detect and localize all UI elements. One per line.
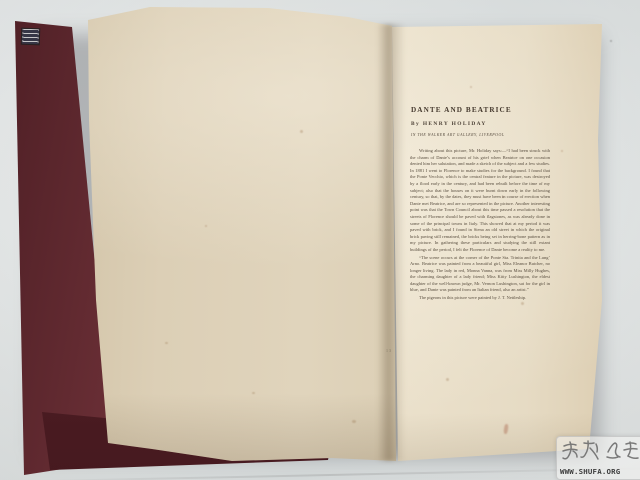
foxing-spot [205,225,207,227]
library-label [21,28,41,46]
author-byline: By HENRY HOLIDAY [411,121,550,127]
foxing-spot [561,150,563,152]
paragraph-3: The pigeons in this picture were painted… [410,295,550,302]
foxing-spot [252,392,255,394]
shufa-calligraphy-logo [560,438,640,467]
shufa-watermark: WWW.SHUFA.ORG [556,436,640,480]
foxing-spot [300,130,303,133]
printed-text-block: DANTE AND BEATRICE By HENRY HOLIDAY IN T… [410,106,550,303]
book-gutter-shadow [377,24,405,461]
foxing-spot [470,86,472,88]
signature-mark: 13 [386,348,392,353]
gallery-caption: IN THE WALKER ART GALLERY, LIVERPOOL [411,133,550,137]
dust-speck [610,40,612,42]
foxing-spot [446,378,449,381]
book-photograph: DANTE AND BEATRICE By HENRY HOLIDAY IN T… [0,0,640,480]
foxing-spot [352,420,356,423]
foxing-spot [165,342,168,344]
watermark-url: WWW.SHUFA.ORG [560,467,640,476]
calligraphy-icon [560,438,640,462]
background-streak [0,467,640,480]
paragraph-2: “The scene occurs at the corner of the P… [410,255,550,295]
page-title: DANTE AND BEATRICE [411,106,550,114]
paragraph-1: Writing about this picture, Mr. Holiday … [410,148,550,254]
